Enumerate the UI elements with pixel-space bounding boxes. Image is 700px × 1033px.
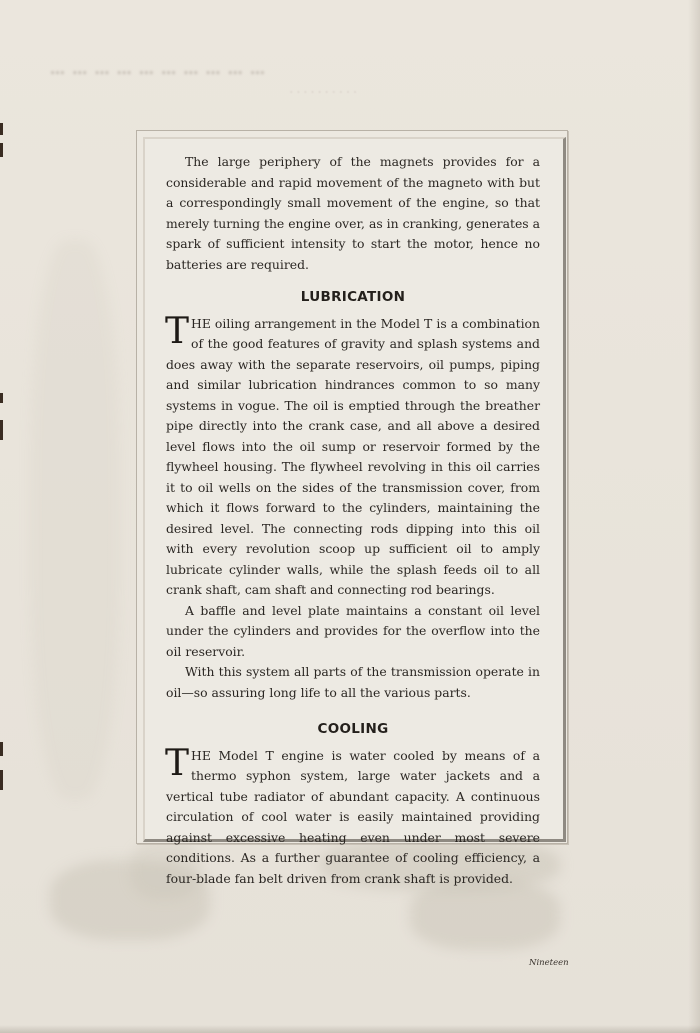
binding-mark: [0, 143, 3, 157]
lubrication-heading: LUBRICATION: [166, 287, 540, 308]
binding-mark: [0, 420, 3, 440]
cooling-lead-text: HE Model T engine is water cooled by mea…: [166, 748, 540, 886]
text-content: The large periphery of the magnets provi…: [166, 152, 540, 889]
page-edge-shadow: [688, 0, 700, 1033]
scanned-page: … … … … … … … … … … · · · · · · · · · · …: [0, 0, 700, 1033]
dropcap-letter: T: [165, 746, 189, 779]
lubrication-paragraph-3: With this system all parts of the transm…: [166, 662, 540, 703]
faded-running-subheader: · · · · · · · · · ·: [290, 88, 560, 98]
lubrication-paragraph-2: A baffle and level plate maintains a con…: [166, 601, 540, 663]
binding-mark: [0, 770, 3, 790]
lubrication-paragraph-1: THE oiling arrangement in the Model T is…: [166, 314, 540, 601]
page-bottom-edge: [0, 1025, 700, 1033]
dropcap-letter: T: [165, 314, 189, 347]
background-illustration: [30, 240, 120, 800]
binding-mark: [0, 742, 3, 756]
lubrication-lead-text: HE oiling arrangement in the Model T is …: [166, 316, 540, 598]
binding-mark: [0, 393, 3, 403]
cooling-paragraph: THE Model T engine is water cooled by me…: [166, 746, 540, 890]
background-illustration: [410, 880, 560, 950]
intro-paragraph: The large periphery of the magnets provi…: [166, 152, 540, 275]
faded-running-header: … … … … … … … … … …: [50, 60, 570, 80]
page-number: Nineteen: [529, 958, 569, 968]
cooling-heading: COOLING: [166, 719, 540, 740]
binding-mark: [0, 123, 3, 135]
